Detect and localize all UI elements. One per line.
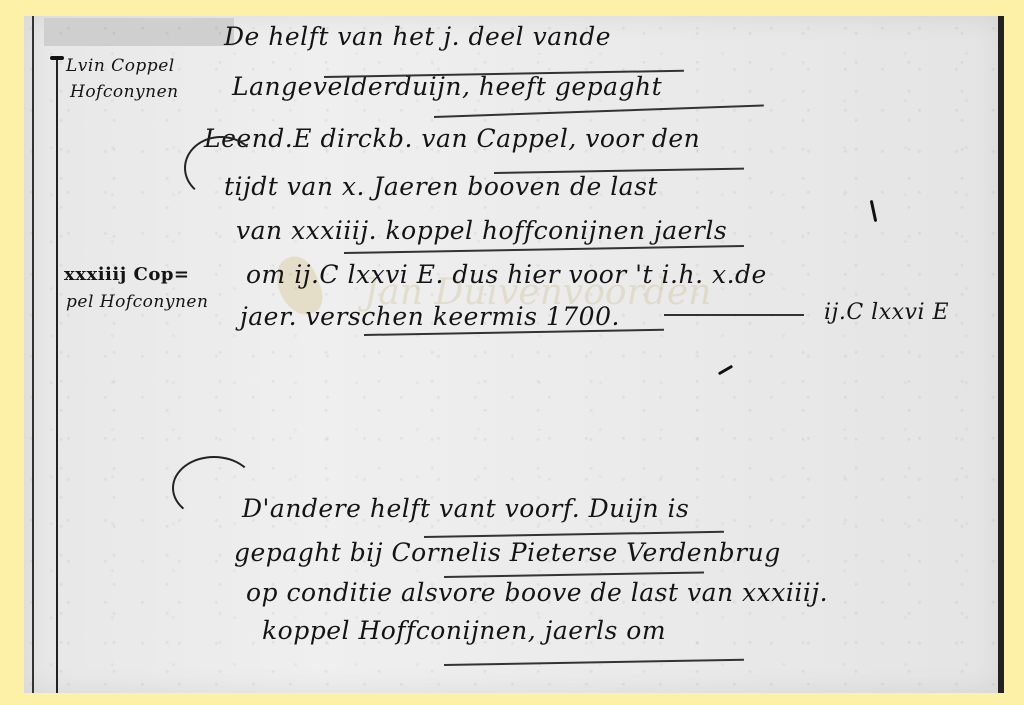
underline [344,245,744,253]
scan-top-band [44,18,234,46]
entry1-line: van xxxiiij. koppel hoffconijnen jaerls [236,216,727,245]
column-margin-rule [56,56,58,693]
entry1-line: Langevelderduijn, heeft gepaght [232,72,662,101]
tick-mark [718,365,733,376]
page-right-edge [998,16,1004,693]
underline [424,531,724,538]
manuscript-scan: Jan Duivenvoorden Lvin Coppel Hofconynen… [24,16,1004,693]
entry1-amount: ij.C lxxvi E [824,300,949,325]
underline [444,571,704,577]
margin-note-entry2-line1: xxxiiij Cop= [64,264,190,285]
underline [434,104,764,117]
entry1-line: Leend.E dirckb. van Cappel, voor den [204,124,700,153]
entry1-line: jaer. verschen keermis 1700. [240,302,620,331]
margin-note-entry2-line2: pel Hofconynen [66,292,208,312]
margin-note-entry1-line2: Hofconynen [70,82,179,102]
underline [444,659,744,666]
tick-mark [870,200,878,222]
rule-line [664,314,804,316]
flourish [184,136,258,200]
entry2-line: D'andere helft vant voorf. Duijn is [242,494,689,523]
margin-note-entry1-line1: Lvin Coppel [66,56,175,76]
entry1-line: De helft van het j. deel vande [224,22,611,51]
entry2-line: op conditie alsvore boove de last van xx… [246,578,828,607]
entry2-line: koppel Hoffconijnen, jaerls om [262,616,666,645]
entry1-line: tijdt van x. Jaeren booven de last [224,172,658,201]
page-margin-rule [32,16,34,693]
entry2-line: gepaght bij Cornelis Pieterse Verdenbrug [234,538,781,567]
entry1-line: om ij.C lxxvi E. dus hier voor 't i.h. x… [246,260,767,289]
